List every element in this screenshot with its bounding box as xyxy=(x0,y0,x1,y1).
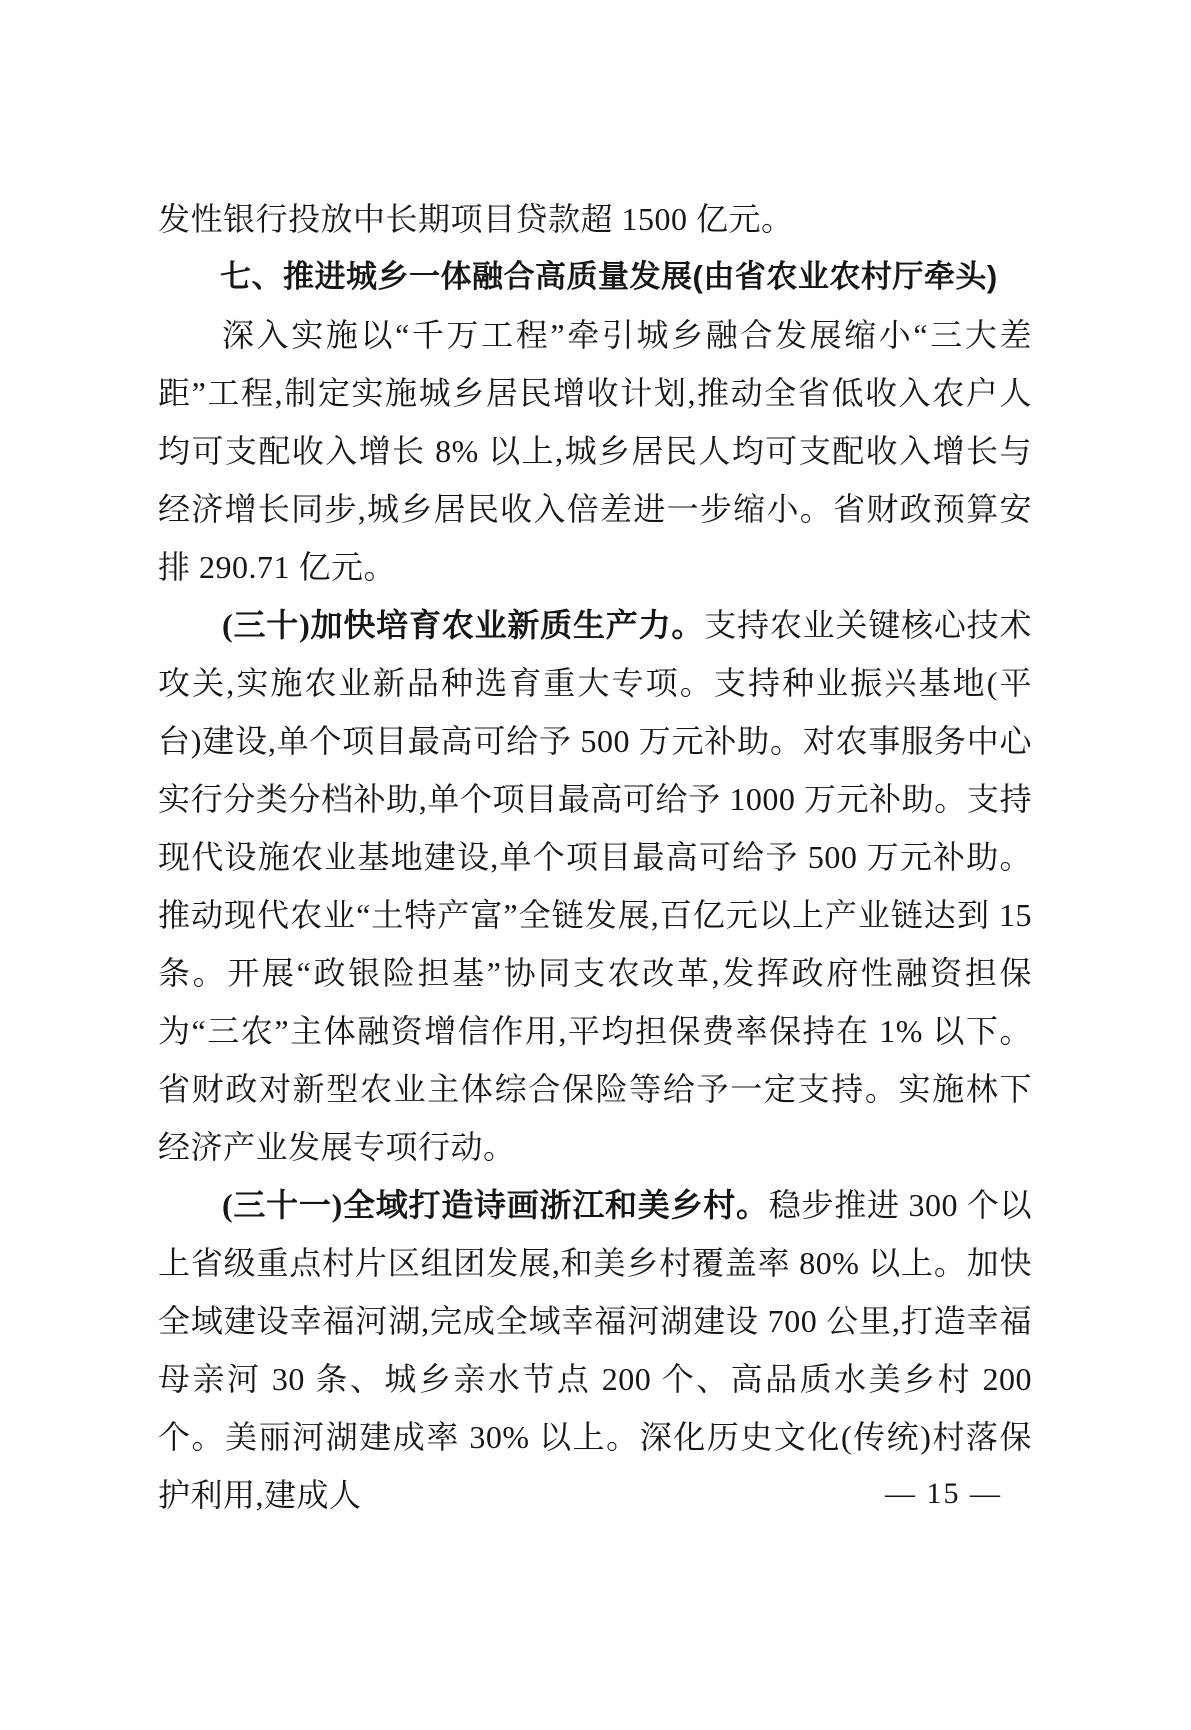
clause-title: (三十一)全域打造诗画浙江和美乡村。 xyxy=(222,1187,769,1223)
paragraph-continuation: 发性银行投放中长期项目贷款超 1500 亿元。 xyxy=(158,190,1032,248)
paragraph: (三十)加快培育农业新质生产力。支持农业关键核心技术攻关,实施农业新品种选育重大… xyxy=(158,596,1032,1176)
section-heading: 七、推进城乡一体融合高质量发展(由省农业农村厅牵头) xyxy=(158,248,1032,306)
paragraph: (三十一)全域打造诗画浙江和美乡村。稳步推进 300 个以上省级重点村片区组团发… xyxy=(158,1176,1032,1524)
paragraph: 深入实施以“千万工程”牵引城乡融合发展缩小“三大差距”工程,制定实施城乡居民增收… xyxy=(158,306,1032,596)
document-text-block: 发性银行投放中长期项目贷款超 1500 亿元。 七、推进城乡一体融合高质量发展(… xyxy=(158,190,1032,1524)
clause-title: (三十)加快培育农业新质生产力。 xyxy=(222,607,704,643)
paragraph-text: 深入实施以“千万工程”牵引城乡融合发展缩小“三大差距”工程,制定实施城乡居民增收… xyxy=(158,317,1032,585)
page-number: — 15 — xyxy=(158,1474,1032,1514)
paragraph-text: 稳步推进 300 个以上省级重点村片区组团发展,和美乡村覆盖率 80% 以上。加… xyxy=(158,1187,1032,1513)
document-page: 发性银行投放中长期项目贷款超 1500 亿元。 七、推进城乡一体融合高质量发展(… xyxy=(0,0,1191,1730)
paragraph-text: 支持农业关键核心技术攻关,实施农业新品种选育重大专项。支持种业振兴基地(平台)建… xyxy=(158,607,1032,1165)
